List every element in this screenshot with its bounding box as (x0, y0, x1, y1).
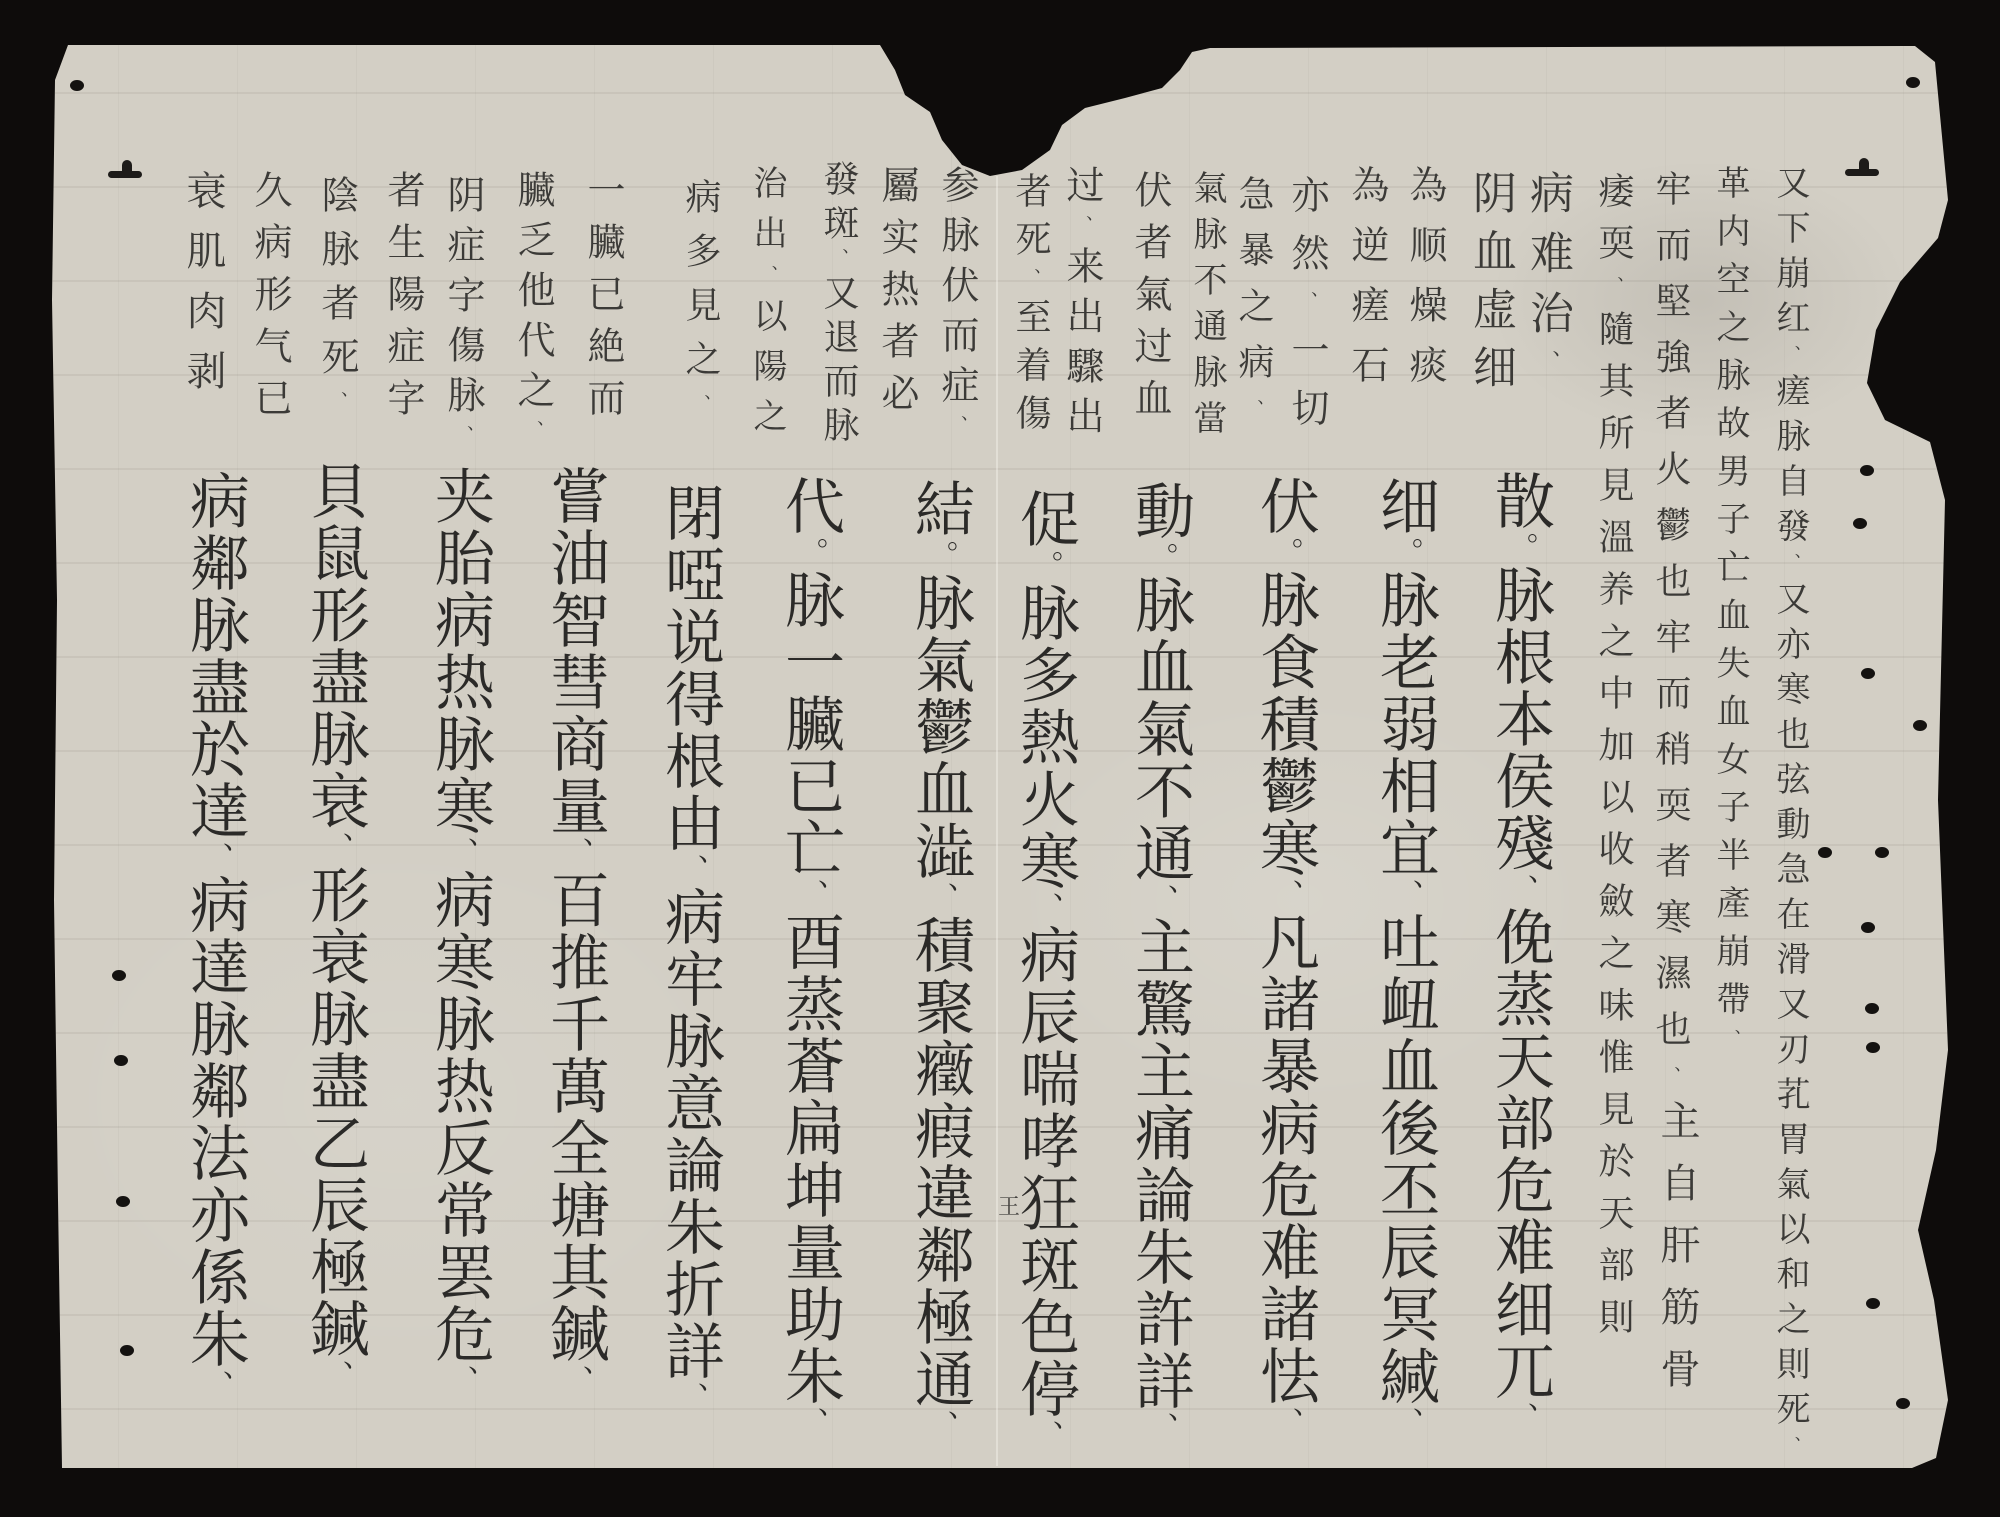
binding-hole (1866, 1042, 1880, 1053)
binding-hole (1861, 922, 1875, 933)
note-column: 一臟已絶而 (584, 170, 622, 430)
main-column: 結。脉氣鬱血澁、積聚癥瘕違鄰極通、 (910, 478, 970, 1442)
note-column: 参脉伏而症、 (938, 165, 976, 446)
binding-hole (70, 80, 84, 91)
binding-hole (114, 1055, 128, 1066)
note-column: 阴症字傷脉、 (444, 175, 482, 456)
note-column: 者生陽症字 (384, 170, 422, 430)
margin-annotation: 王 (998, 1190, 1020, 1221)
main-column: 促。脉多熱火寒、病辰喘哮狂斑色停、 (1015, 488, 1075, 1452)
note-column: 亦然、一切 (1288, 175, 1326, 446)
main-column: 代。脉一臟已亡、酉蒸蒼扁坤量助朱、 (780, 475, 840, 1439)
binding-hole (120, 1345, 134, 1356)
binding-hole (1818, 847, 1832, 858)
main-column: 貝鼠形盡脉衰、形衰脉盡乙辰極鍼、 (305, 460, 365, 1392)
note-column: 屬实热者必 (878, 165, 916, 425)
main-column: 病鄰脉盡於達、病達脉鄰法亦係朱、 (185, 470, 245, 1402)
main-column: 嘗油智彗商量、百推千萬全塘其鍼、 (545, 465, 605, 1397)
note-column: 臟乏他代之、 (514, 170, 552, 451)
main-column: 细。脉老弱相宜、吐衄血後丕辰冥緘、 (1375, 475, 1435, 1439)
binding-hole (1860, 465, 1874, 476)
binding-hole (1853, 518, 1867, 529)
note-column: 者死、至着傷 (1012, 172, 1048, 442)
note-column: 病多見之、 (682, 178, 718, 430)
main-column: 夹胎病热脉寒、病寒脉热反常罢危、 (430, 465, 490, 1397)
note-column: 阴血虚细 (1468, 170, 1512, 402)
note-column: 痿耎、隨其所見溫养之中加以收斂之味惟見於天部則 (1595, 172, 1631, 1350)
note-column: 為顺燥痰 (1406, 165, 1444, 405)
note-column: 發斑、又退而脉 (820, 160, 856, 450)
note-column: 又下崩红、瘥脉自發、又亦寒也弦動急在滑又刃芤胃氣以和之則死、 (1773, 165, 1807, 1464)
binding-hole (112, 970, 126, 981)
note-column: 為逆瘥石 (1348, 165, 1386, 405)
note-column: 急暴之病、 (1235, 175, 1271, 437)
note-column: 革内空之脉故男子亡血失血女子半產崩帶、 (1713, 165, 1747, 1060)
center-fold-line (996, 176, 998, 1466)
binding-hole (1866, 1298, 1880, 1309)
binding-hole (1906, 77, 1920, 88)
binding-hole (1865, 1003, 1879, 1014)
note-column: 衰肌肉剥 (183, 170, 223, 410)
note-column: 治出、以陽之 (750, 165, 784, 448)
note-column: 氣脉不通脉當 (1190, 170, 1224, 446)
main-column: 閉啞说得根由、病牢脉意論朱折詳、 (660, 482, 720, 1414)
main-column: 伏。脉食積鬱寒、凡諸暴病危难諸怯、 (1255, 475, 1315, 1439)
main-column: 散。脉根本侯殘、俛蒸天部危难细兀、 (1490, 470, 1550, 1434)
binding-hole (1875, 847, 1889, 858)
note-column: 牢而堅強者火鬱也牢而稍耎者寒濕也、 (1652, 170, 1688, 1104)
binding-hole (1913, 720, 1927, 731)
note-column: 病难治、 (1525, 170, 1569, 388)
binding-hole (1861, 668, 1875, 679)
note-column: 伏者氣过血 (1131, 170, 1169, 430)
corner-mark-left (108, 160, 142, 178)
binding-hole (116, 1196, 130, 1207)
main-column: 動。脉血氣不通、主驚主痛論朱許詳、 (1130, 480, 1190, 1444)
corner-mark-right (1845, 158, 1879, 176)
binding-hole (1896, 1398, 1910, 1409)
note-column: 过、来出驟出 (1063, 165, 1101, 446)
note-column: 久病形气已 (251, 170, 289, 430)
note-column: 陰脉者死、 (318, 175, 356, 426)
note-column: 主自肝筋骨 (1657, 1100, 1697, 1410)
